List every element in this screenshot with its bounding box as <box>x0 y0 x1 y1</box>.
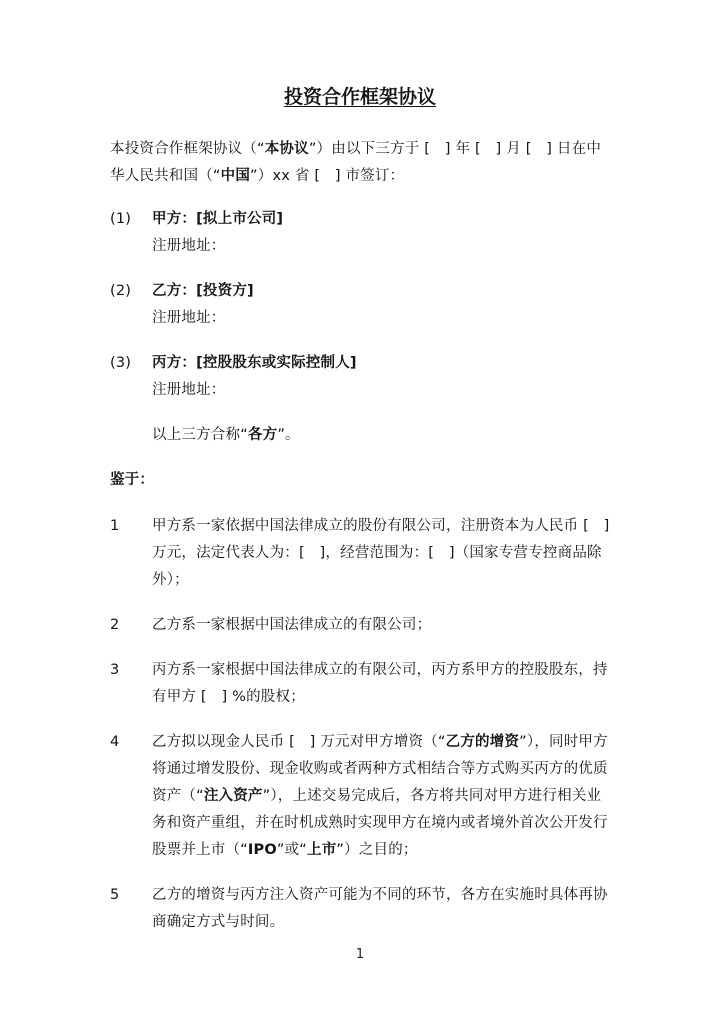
party-address-label: 注册地址： <box>152 377 357 404</box>
recital-number: 4 <box>110 729 152 864</box>
intro-paragraph: 本投资合作框架协议（“本协议”）由以下三方于 [ ] 年 [ ] 月 [ ] 日… <box>110 136 610 190</box>
recital-text: 甲方系一家依据中国法律成立的股份有限公司，注册资本为人民币 [ ] 万元，法定代… <box>152 513 610 594</box>
recitals-list: 1 甲方系一家依据中国法律成立的股份有限公司，注册资本为人民币 [ ] 万元，法… <box>110 513 610 936</box>
party-name: 甲方：[拟上市公司] <box>152 206 283 233</box>
party-number: (1) <box>110 206 152 260</box>
page-number: 1 <box>0 947 720 963</box>
parties-list: (1) 甲方：[拟上市公司] 注册地址： (2) 乙方：[投资方] 注册地址： … <box>110 206 610 404</box>
party-number: (2) <box>110 278 152 332</box>
recital-item: 1 甲方系一家依据中国法律成立的股份有限公司，注册资本为人民币 [ ] 万元，法… <box>110 513 610 594</box>
party-address-label: 注册地址： <box>152 233 283 260</box>
party-item: (1) 甲方：[拟上市公司] 注册地址： <box>110 206 610 260</box>
recital-number: 3 <box>110 657 152 711</box>
party-name: 乙方：[投资方] <box>152 278 254 305</box>
recital-text: 乙方的增资与丙方注入资产可能为不同的环节，各方在实施时具体再协商确定方式与时间。 <box>152 882 610 936</box>
recital-text: 乙方系一家根据中国法律成立的有限公司； <box>152 612 610 639</box>
party-item: (3) 丙方：[控股股东或实际控制人] 注册地址： <box>110 350 610 404</box>
party-name: 丙方：[控股股东或实际控制人] <box>152 350 357 377</box>
recital-text: 乙方拟以现金人民币 [ ] 万元对甲方增资（“乙方的增资”），同时甲方将通过增发… <box>152 729 610 864</box>
recital-item: 3 丙方系一家根据中国法律成立的有限公司，丙方系甲方的控股股东，持有甲方 [ ]… <box>110 657 610 711</box>
parties-note: 以上三方合称“各方”。 <box>152 422 610 449</box>
party-body: 乙方：[投资方] 注册地址： <box>152 278 254 332</box>
document-page: 投资合作框架协议 本投资合作框架协议（“本协议”）由以下三方于 [ ] 年 [ … <box>0 0 720 1017</box>
party-number: (3) <box>110 350 152 404</box>
recital-number: 5 <box>110 882 152 936</box>
recital-item: 2 乙方系一家根据中国法律成立的有限公司； <box>110 612 610 639</box>
recital-number: 1 <box>110 513 152 594</box>
recital-number: 2 <box>110 612 152 639</box>
party-item: (2) 乙方：[投资方] 注册地址： <box>110 278 610 332</box>
party-address-label: 注册地址： <box>152 305 254 332</box>
document-title: 投资合作框架协议 <box>110 84 610 110</box>
party-body: 丙方：[控股股东或实际控制人] 注册地址： <box>152 350 357 404</box>
recital-item: 5 乙方的增资与丙方注入资产可能为不同的环节，各方在实施时具体再协商确定方式与时… <box>110 882 610 936</box>
whereas-label: 鉴于： <box>110 467 610 494</box>
recital-text: 丙方系一家根据中国法律成立的有限公司，丙方系甲方的控股股东，持有甲方 [ ] %… <box>152 657 610 711</box>
recital-item: 4 乙方拟以现金人民币 [ ] 万元对甲方增资（“乙方的增资”），同时甲方将通过… <box>110 729 610 864</box>
party-body: 甲方：[拟上市公司] 注册地址： <box>152 206 283 260</box>
